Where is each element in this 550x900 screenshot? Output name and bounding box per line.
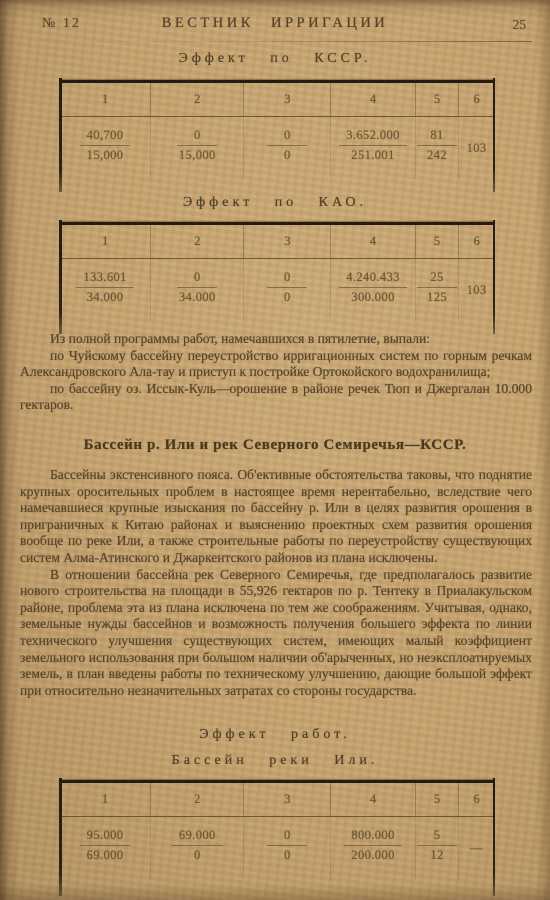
paragraph: В отношении бассейна рек Северного Семир…	[20, 567, 532, 700]
fraction-denominator: 34.000	[87, 288, 124, 305]
table-cell: 81242	[416, 117, 459, 179]
table-effect-ili-basin: 12345695.00069.00069.000000800.000200.00…	[60, 780, 494, 879]
table-cell: 015,000	[151, 117, 244, 179]
table-cell: 95.00069.000	[60, 817, 151, 879]
fraction-numerator: 5	[417, 828, 457, 846]
table-cell: 800.000200.000	[331, 817, 416, 879]
fraction-denominator: 34.000	[179, 288, 216, 305]
page-number: 25	[513, 17, 527, 33]
table-cell: —	[459, 817, 494, 879]
fraction-value: 40,70015,000	[80, 128, 131, 163]
fraction-value: 69.0000	[172, 828, 223, 863]
paragraph-block-program: Из полной программы работ, намечавшихся …	[20, 331, 532, 414]
column-header: 5	[416, 783, 459, 816]
fraction-numerator: 0	[267, 270, 307, 288]
scanned-journal-page: { "header": { "issue_number": "№ 12", "j…	[0, 0, 550, 900]
column-header: 2	[151, 783, 244, 816]
column-header: 5	[416, 225, 459, 258]
fraction-numerator: 69.000	[172, 828, 223, 846]
table-cell: 00	[244, 117, 331, 179]
fraction-numerator: 81	[417, 128, 457, 146]
header-rule	[18, 41, 532, 42]
fraction-numerator: 4.240.433	[339, 270, 407, 288]
table-cell: 103	[459, 117, 494, 179]
column-header: 6	[459, 225, 494, 258]
column-header: 4	[331, 225, 416, 258]
fraction-denominator: 0	[284, 146, 291, 163]
fraction-denominator: 251.001	[351, 146, 394, 163]
fraction-numerator: 0	[267, 828, 307, 846]
fraction-value: 800.000200.000	[344, 828, 401, 863]
fraction-denominator: 200.000	[351, 846, 394, 863]
table-effect-kao: 123456133.60134.000034.000004.240.433300…	[60, 222, 494, 321]
fraction-numerator: 133.601	[76, 270, 133, 288]
journal-title: ВЕСТНИК ИРРИГАЦИИ	[0, 15, 550, 32]
fraction-value: 25125	[417, 270, 457, 305]
fraction-value: 133.60134.000	[76, 270, 133, 305]
section-title-kssr: Эффект по КССР.	[0, 51, 550, 67]
table-cell: 4.240.433300.000	[331, 259, 416, 321]
column-header: 4	[331, 83, 416, 116]
fraction-denominator: 125	[427, 288, 447, 305]
fraction-numerator: 800.000	[344, 828, 401, 846]
fraction-value: 034.000	[177, 270, 217, 305]
fraction-numerator: 40,700	[80, 128, 131, 146]
paragraph: Бассейны экстенсивного пояса. Об'ективны…	[20, 467, 532, 567]
column-header: 2	[151, 225, 244, 258]
paragraph: по бассейну оз. Иссык-Куль—орошение в ра…	[20, 381, 532, 414]
paragraph-block-basin: Бассейны экстенсивного пояса. Об'ективны…	[20, 467, 532, 699]
fraction-value: 95.00069.000	[80, 828, 131, 863]
column-header: 2	[151, 83, 244, 116]
fraction-denominator: 300.000	[351, 288, 394, 305]
table-header-row: 123456	[60, 222, 494, 259]
column-header: 1	[60, 83, 151, 116]
table-cell: 00	[244, 817, 331, 879]
fraction-denominator: 0	[194, 846, 201, 863]
fraction-numerator: 0	[177, 128, 217, 146]
paragraph: по Чуйскому бассейну переустройство ирри…	[20, 348, 532, 381]
fraction-denominator: 69.000	[87, 846, 124, 863]
section-title-ili-basin: Бассейн реки Или.	[0, 753, 550, 769]
fraction-value: 81242	[417, 128, 457, 163]
basin-heading: Бассейн р. Или и рек Северного Семиречья…	[0, 437, 550, 454]
table-body-row: 95.00069.00069.000000800.000200.000512—	[60, 817, 494, 879]
fraction-numerator: 0	[177, 270, 217, 288]
fraction-numerator: 3.652.000	[339, 128, 407, 146]
cell-value: —	[470, 841, 483, 856]
fraction-value: 512	[417, 828, 457, 863]
fraction-value: 00	[267, 270, 307, 305]
fraction-numerator: 0	[267, 128, 307, 146]
table-cell: 512	[416, 817, 459, 879]
fraction-numerator: 95.000	[80, 828, 131, 846]
table-body-row: 133.60134.000034.000004.240.433300.00025…	[60, 259, 494, 321]
section-title-effect-works: Эффект работ.	[0, 727, 550, 743]
column-header: 3	[244, 83, 331, 116]
cell-value: 103	[467, 283, 487, 298]
table-cell: 034.000	[151, 259, 244, 321]
column-header: 1	[60, 225, 151, 258]
fraction-denominator: 242	[427, 146, 447, 163]
column-header: 3	[244, 783, 331, 816]
column-header: 5	[416, 83, 459, 116]
table-header-row: 123456	[60, 80, 494, 117]
page-header: № 12 ВЕСТНИК ИРРИГАЦИИ 25	[0, 14, 550, 40]
table-body-row: 40,70015,000015,000003.652.000251.001812…	[60, 117, 494, 179]
section-title-kao: Эффект по КАО.	[0, 195, 550, 211]
fraction-numerator: 25	[417, 270, 457, 288]
table-cell: 40,70015,000	[60, 117, 151, 179]
column-header: 6	[459, 83, 494, 116]
table-cell: 69.0000	[151, 817, 244, 879]
column-header: 6	[459, 783, 494, 816]
fraction-value: 3.652.000251.001	[339, 128, 407, 163]
fraction-value: 00	[267, 128, 307, 163]
table-cell: 25125	[416, 259, 459, 321]
fraction-denominator: 15,000	[87, 146, 124, 163]
cell-value: 103	[467, 141, 487, 156]
table-header-row: 123456	[60, 780, 494, 817]
column-header: 4	[331, 783, 416, 816]
fraction-value: 4.240.433300.000	[339, 270, 407, 305]
fraction-value: 015,000	[177, 128, 217, 163]
fraction-value: 00	[267, 828, 307, 863]
table-effect-kssr: 12345640,70015,000015,000003.652.000251.…	[60, 80, 494, 179]
fraction-denominator: 0	[284, 288, 291, 305]
fraction-denominator: 12	[430, 846, 443, 863]
column-header: 3	[244, 225, 331, 258]
column-header: 1	[60, 783, 151, 816]
table-cell: 00	[244, 259, 331, 321]
fraction-denominator: 15,000	[179, 146, 216, 163]
paragraph: Из полной программы работ, намечавшихся …	[20, 331, 532, 348]
fraction-denominator: 0	[284, 846, 291, 863]
table-cell: 3.652.000251.001	[331, 117, 416, 179]
table-cell: 103	[459, 259, 494, 321]
table-cell: 133.60134.000	[60, 259, 151, 321]
